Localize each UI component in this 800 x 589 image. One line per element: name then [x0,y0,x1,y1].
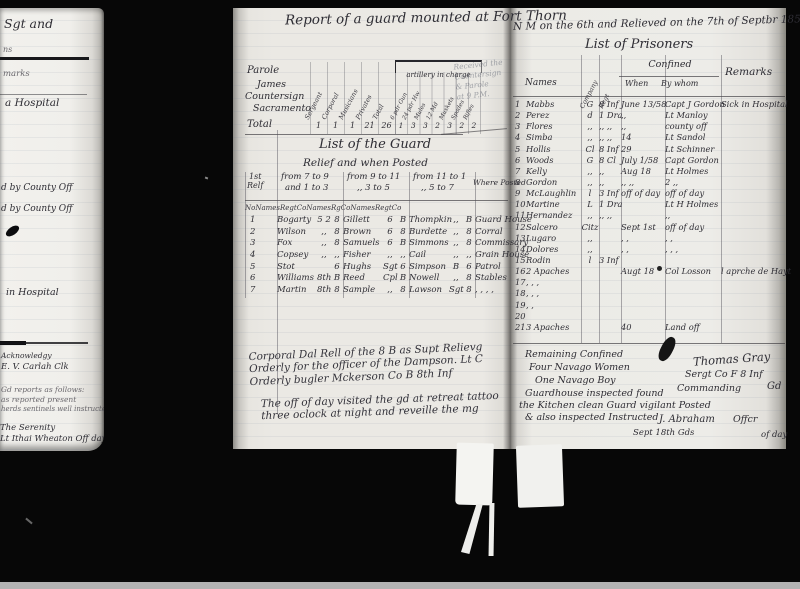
prisoner-company: ,, [581,177,599,188]
prisoner-confined-bywhom: Lt Manloy [665,110,721,121]
prisoner-company: ,, [581,244,599,255]
relief-shift-2: from 9 to 11 [347,173,400,182]
artillery-header-cell: Rifles [468,104,480,112]
prisoner-confined-bywhom: county off [665,121,721,132]
prisoner-confined-when: Aug 18 [621,166,665,177]
guard-regt-2: 6 [383,215,397,227]
guard-name-1: Fox [277,238,317,250]
prisoner-number: 18 [513,288,526,299]
prisoner-number: 6 [513,155,526,166]
ledger-book: Report of a guard mounted at Fort Thorn … [233,8,786,449]
paper-strip [489,503,495,556]
fragment-text: E. V. Carlah Clk [1,363,69,372]
prisoner-company: ,, [581,233,599,244]
guard-co-2: B [397,238,409,250]
table-rule [665,55,666,343]
pencil-note: Received theCountersign& Paroleat 9 P.M. [453,58,506,103]
relief-shift-2: ,, 3 to 5 [357,184,390,193]
prisoner-row: 6 Woods G 8 Cl July 1/58 Capt Gordon [513,155,785,166]
prisoner-number: 12 [513,222,526,233]
prisoner-regt: ,, [599,177,621,188]
prisoner-confined-bywhom: Lt Holmes [665,166,721,177]
prisoner-name: Kelly [526,166,581,177]
guard-column-header: Names [350,203,375,214]
prisoner-rows: 1 Mabbs G 8 Inf June 13/58 Capt J Gordon… [513,99,785,333]
guard-co-2: 8 [397,285,409,297]
guard-row-number: 5 [245,262,277,274]
guard-row: 5 Stot 6 Hughs Sgt 6 Simpson B 6 Patrol [245,262,508,274]
total-value: 2 [456,121,468,130]
fragment-text: in Hospital [6,288,59,298]
guard-row-number: 7 [245,285,277,297]
prisoner-confined-bywhom: Capt J Gordon [665,99,721,110]
rank-total-values: 1112126 [310,121,395,130]
prisoner-confined-bywhom [665,288,721,299]
ink-rule [0,94,87,95]
prisoner-number: 21 [513,322,526,333]
prisoner-name: Hollis [526,144,581,155]
prisoner-name: Woods [526,155,581,166]
countersign-label: Countersign [245,92,304,102]
prisoner-confined-when [621,210,665,221]
guard-regt-1: ,, [317,238,331,250]
prisoner-confined-bywhom [665,255,721,266]
guard-name-2: Sample [343,285,383,297]
prisoner-company [581,311,599,322]
prisoner-remarks [721,188,785,199]
guard-regt-1: 8th [317,273,331,285]
prisoner-number: 9 [513,188,526,199]
ink-blot [657,266,662,271]
prisoner-number: 13 [513,233,526,244]
guard-row: 7 Martin 8th 8 Sample ,, 8 Lawson Sgt 8 … [245,285,508,297]
guard-name-2: Reed [343,273,383,285]
guard-regt-2: ,, [383,250,397,262]
prisoner-row: 14 Dolores ,, , , , , , [513,244,785,255]
guard-column-header: No [245,203,255,214]
guard-column-header: Regt [280,203,297,214]
guard-row: 2 Wilson ,, 8 Brown 6 8 Burdette ,, 8 Co… [245,227,508,239]
guard-co-2: 8 [397,227,409,239]
prisoner-regt: ,, ,, [599,121,621,132]
guard-table: List of the Guard Relief and when Posted… [245,138,508,308]
left-cutoff-page: Sgt and ns marks a Hospital d by County … [0,8,104,451]
guard-co-1: 8 [331,215,343,227]
closing-line: Four Navago Women [529,363,630,373]
guard-name-1: Wilson [277,227,317,239]
closing-line: Remaining Confined [525,350,623,360]
prisoner-confined-when: 29 [621,144,665,155]
guard-co-2: ,, [397,250,409,262]
guard-name-3: Nowell [409,273,449,285]
prisoner-regt: 3 Inf [599,255,621,266]
prisoner-company [581,288,599,299]
guard-name-3: Thompkin [409,215,449,227]
guard-column-headers: NoNamesRegtCoNamesRgCoNamesRegtCo [245,203,401,214]
prisoner-company: ,, [581,121,599,132]
countersign-value: Sacramento [253,104,311,114]
prisoner-remarks [721,233,785,244]
guard-row-number: 4 [245,250,277,262]
guard-column-header: Co [297,203,307,214]
prisoner-number: 4 [513,132,526,143]
prisoner-name: Dolores [526,244,581,255]
header-rule [245,200,508,201]
scanned-ledger-photo: Sgt and ns marks a Hospital d by County … [0,0,800,589]
closing-line: Guardhouse inspected found [525,389,664,399]
prisoner-regt [599,277,621,288]
prisoner-company: Citz [581,222,599,233]
prisoner-row: 8 Gordon ,, ,, ,, ,, 2 ,, [513,177,785,188]
fragment-text: Acknowledgy [1,352,52,360]
guard-name-1: Stot [277,262,317,274]
guard-regt-2: 6 [383,238,397,250]
fragment-text: The Serenity [0,424,55,433]
guard-row: 1 Bogarty 5 2 8 Gillett 6 B Thompkin ,, … [245,215,508,227]
prisoner-name: Lugaro [526,233,581,244]
guard-regt-3: ,, [449,250,463,262]
fragment-text: herds sentinels well instructed [1,406,104,413]
prisoner-regt: ,, ,, [599,210,621,221]
prisoner-confined-when: ,, ,, [621,177,665,188]
prisoner-remarks [721,166,785,177]
prisoner-confined-bywhom: Land off [665,322,721,333]
prisoner-remarks [721,155,785,166]
signature-gd: Gd [767,382,781,392]
when-column-header: When [625,80,648,88]
prisoner-name: , , , [526,277,581,288]
officer-signature-line3: of day [761,431,787,440]
guard-name-3: Cail [409,250,449,262]
guard-post: Commissary [475,238,508,250]
prisoner-number: 11 [513,210,526,221]
guard-regt-3: B [449,262,463,274]
prisoner-confined-bywhom: Lt H Holmes [665,199,721,210]
closing-line: & also inspected Instructed [525,413,658,423]
names-column-header: Names [525,79,557,88]
prisoner-regt: 3 Inf [599,188,621,199]
table-rule [621,55,622,343]
prisoner-remarks [721,144,785,155]
prisoner-remarks [721,110,785,121]
guard-post: Stables [475,273,508,285]
relief-label: Relf [247,182,263,190]
guard-name-3: Simmons [409,238,449,250]
prisoner-remarks [721,322,785,333]
guard-co-1: 8 [331,238,343,250]
prisoner-confined-when: ,, [621,121,665,132]
prisoner-company [581,266,599,277]
prisoner-row: 16 2 Apaches Augt 18 Col Losson l aprche… [513,266,785,277]
prisoner-remarks [721,277,785,288]
guard-name-2: Brown [343,227,383,239]
signature-rank: Sergt Co F 8 Inf [685,370,763,380]
guard-name-2: Fisher [343,250,383,262]
prisoner-remarks [721,177,785,188]
prisoner-confined-bywhom: Col Losson [665,266,721,277]
fragment-text: ns [3,46,12,54]
prisoner-name: Hernandez [526,210,581,221]
prisoner-remarks [721,255,785,266]
fragment-text: d by County Off [1,205,73,214]
prisoner-confined-when [621,199,665,210]
prisoner-number: 8 [513,177,526,188]
guard-co-2: B [397,215,409,227]
guard-heading: List of the Guard [285,138,465,151]
prisoner-remarks [721,132,785,143]
relief-shift-3: from 11 to 1 [413,173,466,182]
prisoner-remarks [721,121,785,132]
table-rule [581,55,582,343]
prisoner-row: 21 3 Apaches 40 Land off [513,322,785,333]
prisoner-name: Flores [526,121,581,132]
total-value: 3 [444,121,456,130]
prisoner-company: ,, [581,210,599,221]
remarks-column-header: Remarks [725,67,772,78]
paper-strip [461,504,489,554]
guard-co-2: B [397,273,409,285]
prisoner-number: 3 [513,121,526,132]
prisoner-confined-when: ,, [621,110,665,121]
scan-bottom-edge [0,582,800,589]
total-value: 1 [310,121,327,130]
prisoner-number: 7 [513,166,526,177]
guard-regt-2: Cpl [383,273,397,285]
guard-row: 6 Williams 8th B Reed Cpl B Nowell ,, 8 … [245,273,508,285]
prisoner-regt [599,222,621,233]
total-value: 1 [344,121,361,130]
prisoner-regt [599,266,621,277]
total-value: 21 [361,121,378,130]
prisoner-company [581,300,599,311]
total-value: 2 [468,121,480,130]
total-value: 26 [378,121,395,130]
prisoner-company: l [581,255,599,266]
prisoner-row: 3 Flores ,, ,, ,, ,, county off [513,121,785,132]
confined-column-header: Confined [621,60,719,70]
guard-regt-3: ,, [449,238,463,250]
guard-name-2: Gillett [343,215,383,227]
guard-co-1: 8 [331,227,343,239]
prisoner-row: 13 Lugaro ,, , , , , [513,233,785,244]
prisoner-row: 20 [513,311,785,322]
guard-regt-3: ,, [449,273,463,285]
guard-co-1: 6 [331,262,343,274]
guard-name-3: Simpson [409,262,449,274]
prisoner-row: 17 , , , [513,277,785,288]
guard-row-number: 3 [245,238,277,250]
rank-column-headers: SergeantCorporalMusiciansPrivatesTotal [310,64,395,112]
prisoner-number: 2 [513,110,526,121]
prisoner-regt: ,, [599,166,621,177]
total-row-label: Total [247,120,272,130]
prisoner-row: 12 Salcero Citz Sept 1st off of day [513,222,785,233]
prisoner-regt: 8 Cl [599,155,621,166]
prisoner-row: 5 Hollis Cl 8 Inf 29 Lt Schinner [513,144,785,155]
prisoner-number: 5 [513,144,526,155]
prisoner-row: 4 Simba ,, ,, ,, 14 Lt Sandol [513,132,785,143]
prisoner-remarks [721,222,785,233]
prisoner-number: 16 [513,266,526,277]
prisoner-row: 10 Martine L 1 Dra Lt H Holmes [513,199,785,210]
parole-label: Parole [247,66,279,76]
prisoner-regt [599,244,621,255]
prisoner-row: 7 Kelly ,, ,, Aug 18 Lt Holmes [513,166,785,177]
prisoner-name [526,311,581,322]
closing-line: the Kitchen clean Guard vigilant Posted [519,401,711,411]
prisoner-remarks [721,199,785,210]
prisoner-company: l [581,188,599,199]
prisoner-confined-bywhom: ,, [665,210,721,221]
prisoner-remarks [721,300,785,311]
prisoner-row: 2 Perez d 1 Dra ,, Lt Manloy [513,110,785,121]
guard-regt-2: 6 [383,227,397,239]
relief-shift-3: ,, 5 to 7 [421,184,454,193]
guard-post: Guard House [475,215,508,227]
prisoner-company: ,, [581,132,599,143]
guard-co-1: ,, [331,250,343,262]
prisoner-confined-bywhom: , , , [665,244,721,255]
guard-regt-3: ,, [449,227,463,239]
guard-name-1: Williams [277,273,317,285]
prisoner-confined-when [621,255,665,266]
prisoner-confined-when: July 1/58 [621,155,665,166]
prisoner-row: 19 , , [513,300,785,311]
prisoner-company: G [581,99,599,110]
guard-row-number: 1 [245,215,277,227]
relief-shift-1: and 1 to 3 [285,184,328,193]
prisoner-row: 11 Hernandez ,, ,, ,, ,, [513,210,785,221]
guard-regt-2: ,, [383,285,397,297]
prisoner-confined-when: , , [621,244,665,255]
paper-tab [516,444,564,508]
ink-rule [0,342,88,344]
table-rule [245,172,246,298]
prisoner-regt [599,322,621,333]
table-rule [721,55,722,343]
prisoner-regt [599,233,621,244]
prisoner-name: Simba [526,132,581,143]
prisoner-regt: 8 Inf [599,99,621,110]
prisoner-name: Martine [526,199,581,210]
fragment-text: Gd reports as follows: [1,386,84,394]
guard-row: 4 Copsey ,, ,, Fisher ,, ,, Cail ,, ,, G… [245,250,508,262]
guard-regt-3: Sgt [449,285,463,297]
prisoner-company: L [581,199,599,210]
prisoner-regt: 8 Inf [599,144,621,155]
guard-regt-2: Sgt [383,262,397,274]
prisoner-name: Gordon [526,177,581,188]
guard-regt-1: 8th [317,285,331,297]
prisoner-number: 10 [513,199,526,210]
total-value: 2 [431,121,443,130]
guard-co-1: 8 [331,285,343,297]
dust-speck [25,518,32,525]
confined-underline [619,76,719,77]
table-bottom-rule [513,343,785,344]
prisoner-name: 3 Apaches [526,322,581,333]
prisoner-company: Cl [581,144,599,155]
dust-speck [205,177,209,180]
prisoner-number: 14 [513,244,526,255]
prisoner-name: Rodin [526,255,581,266]
closing-line: One Navago Boy [535,376,615,386]
guard-row: 3 Fox ,, 8 Samuels 6 B Simmons ,, 8 Comm… [245,238,508,250]
table-rule [409,172,410,298]
guard-column-header: Regt [375,203,392,214]
prisoner-number: 20 [513,311,526,322]
table-rule [475,172,476,298]
prisoner-confined-bywhom: Lt Sandol [665,132,721,143]
guard-regt-1 [317,262,331,274]
prisoner-remarks [721,210,785,221]
guard-regt-1: ,, [317,250,331,262]
prisoner-remarks: Sick in Hospital [721,99,785,110]
prisoners-heading: List of Prisoners [585,38,693,51]
guard-co-3: ,, [463,250,475,262]
guard-regt-1: ,, [317,227,331,239]
prisoner-regt [599,311,621,322]
prisoner-name: Mabbs [526,99,581,110]
table-rule [599,55,600,343]
prisoner-confined-bywhom [665,300,721,311]
prisoner-remarks [721,288,785,299]
prisoner-company: d [581,110,599,121]
guard-co-3: 8 [463,273,475,285]
prisoner-remarks [721,244,785,255]
relief-shift-1: from 7 to 9 [281,173,329,182]
prisoner-confined-when: 14 [621,132,665,143]
prisoner-regt: 1 Dra [599,199,621,210]
fragment-text: a Hospital [5,98,59,109]
guard-name-3: Lawson [409,285,449,297]
prisoner-company: ,, [581,166,599,177]
guard-name-3: Burdette [409,227,449,239]
prisoner-company: G [581,155,599,166]
header-rule [513,96,785,97]
fragment-text: marks [3,70,30,79]
ink-rule [0,57,89,60]
guard-name-1: Martin [277,285,317,297]
guard-row-number: 6 [245,273,277,285]
prisoner-confined-when [621,311,665,322]
fragment-text: d by County Off [1,184,73,193]
total-value: 1 [327,121,344,130]
guard-regt-3: ,, [449,215,463,227]
prisoner-regt: ,, ,, [599,132,621,143]
guard-co-3: 6 [463,262,475,274]
guard-co-3: B [463,215,475,227]
prisoner-name: Perez [526,110,581,121]
prisoner-confined-when: off of day [621,188,665,199]
guard-column-header: Rg [331,203,341,214]
prisoner-company [581,322,599,333]
prisoner-remarks [721,311,785,322]
guard-post: Patrol [475,262,508,274]
guard-subheading: Relief and when Posted [303,158,428,169]
prisoner-remarks: l aprche de Hayt [721,266,785,277]
prisoner-confined-when [621,300,665,311]
guard-post: Corral [475,227,508,239]
guard-row-number: 2 [245,227,277,239]
prisoner-confined-bywhom: off of day [665,188,721,199]
total-value: 3 [407,121,419,130]
officer-signature-role: Offcr [733,415,757,425]
guard-co-3: 8 [463,238,475,250]
prisoner-confined-when [621,288,665,299]
guard-name-2: Hughs [343,262,383,274]
prisoner-row: 18 , , , [513,288,785,299]
